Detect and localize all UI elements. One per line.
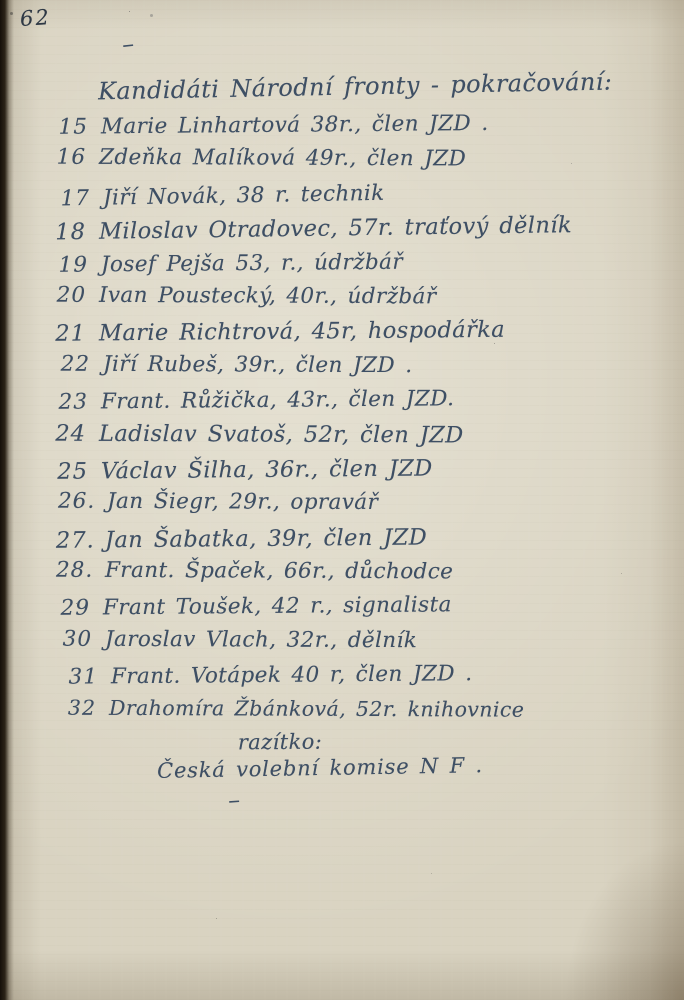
bottom-dash-mark: – bbox=[227, 786, 241, 815]
list-item: 25Václav Šilha, 36r., člen JZD bbox=[52, 453, 684, 493]
list-item: 30Jaroslav Vlach, 32r., dělník bbox=[56, 626, 684, 663]
entry-number: 32 bbox=[60, 695, 96, 719]
entry-number: 18 bbox=[50, 219, 86, 246]
list-item: 23Frant. Růžička, 43r., člen JZD. bbox=[52, 384, 684, 424]
list-item: 26.Jan Šiegr, 29r., opravář bbox=[58, 489, 684, 526]
entry-text: Frant Toušek, 42 r., signalista bbox=[103, 593, 452, 621]
entry-number: 15 bbox=[52, 114, 88, 139]
entry-text: Drahomíra Žbánková, 52r. knihovnice bbox=[109, 695, 524, 721]
entry-number: 30 bbox=[56, 626, 92, 651]
entry-number: 25 bbox=[52, 458, 88, 484]
entry-text: Jan Šabatka, 39r, člen JZD bbox=[105, 524, 427, 553]
entry-number: 17 bbox=[54, 186, 90, 212]
scanned-page: 62 – Kandidáti Národní fronty - pokračov… bbox=[0, 0, 684, 1000]
entry-text: Frant. Votápek 40 r, člen JZD . bbox=[111, 661, 473, 689]
entry-number: 27. bbox=[56, 527, 92, 553]
entry-text: Zdeňka Malíková 49r., člen JZD bbox=[99, 145, 466, 172]
entry-number: 21 bbox=[50, 321, 86, 347]
entry-text: Frant. Špaček, 66r., důchodce bbox=[105, 558, 453, 585]
list-item: 24Ladislav Svatoš, 52r, člen JZD bbox=[50, 420, 684, 457]
page-title: Kandidáti Národní fronty - pokračování: bbox=[98, 67, 658, 106]
entry-number: 20 bbox=[50, 283, 86, 308]
corner-shadow bbox=[564, 840, 684, 1000]
entry-number: 28. bbox=[56, 558, 92, 583]
entry-number: 26. bbox=[58, 489, 94, 514]
stamp-note: razítko: bbox=[0, 728, 560, 757]
entry-text: Ivan Poustecký, 40r., údržbář bbox=[99, 283, 437, 309]
commission-signature: Česká volební komise N F . bbox=[0, 750, 640, 785]
list-item: 21Marie Richtrová, 45r, hospodářka bbox=[50, 316, 684, 356]
entry-number: 24 bbox=[50, 420, 86, 446]
entry-number: 31 bbox=[62, 665, 98, 690]
entry-text: Josef Pejša 53, r., údržbář bbox=[101, 249, 403, 277]
list-item: 31Frant. Votápek 40 r, člen JZD . bbox=[62, 660, 684, 700]
candidate-list: 15Marie Linhartová 38r., člen JZD . 16Zd… bbox=[0, 112, 684, 731]
list-item: 20Ivan Poustecký, 40r., údržbář bbox=[50, 283, 684, 320]
entry-number: 22 bbox=[54, 351, 90, 376]
entry-text: Jiří Rubeš, 39r., člen JZD . bbox=[103, 352, 413, 378]
entry-text: Miloslav Otradovec, 57r. traťový dělník bbox=[99, 212, 572, 245]
entry-text: Jaroslav Vlach, 32r., dělník bbox=[105, 627, 417, 653]
entry-text: Ladislav Svatoš, 52r, člen JZD bbox=[99, 420, 464, 448]
page-number: 62 bbox=[19, 5, 51, 31]
entry-text: Marie Linhartová 38r., člen JZD . bbox=[101, 111, 489, 139]
list-item: 19Josef Pejša 53, r., údržbář bbox=[52, 247, 684, 287]
entry-text: Jan Šiegr, 29r., opravář bbox=[107, 489, 378, 515]
list-item: 32Drahomíra Žbánková, 52r. knihovnice bbox=[60, 695, 684, 732]
entry-number: 19 bbox=[52, 252, 88, 277]
entry-number: 23 bbox=[52, 390, 88, 415]
top-dash-mark: – bbox=[121, 29, 136, 58]
list-item: 15Marie Linhartová 38r., člen JZD . bbox=[52, 109, 684, 149]
entry-text: Marie Richtrová, 45r, hospodářka bbox=[99, 317, 505, 347]
list-item: 22Jiří Rubeš, 39r., člen JZD . bbox=[54, 351, 684, 388]
entry-number: 29 bbox=[54, 596, 90, 621]
entry-number: 16 bbox=[50, 145, 86, 170]
entry-text: Frant. Růžička, 43r., člen JZD. bbox=[101, 386, 455, 414]
entry-text: Václav Šilha, 36r., člen JZD bbox=[101, 455, 433, 484]
entry-text: Jiří Novák, 38 r. technik bbox=[103, 181, 385, 211]
list-item: 29Frant Toušek, 42 r., signalista bbox=[54, 591, 684, 631]
list-item: 28.Frant. Špaček, 66r., důchodce bbox=[56, 558, 684, 595]
list-item: 27.Jan Šabatka, 39r, člen JZD bbox=[56, 522, 684, 562]
